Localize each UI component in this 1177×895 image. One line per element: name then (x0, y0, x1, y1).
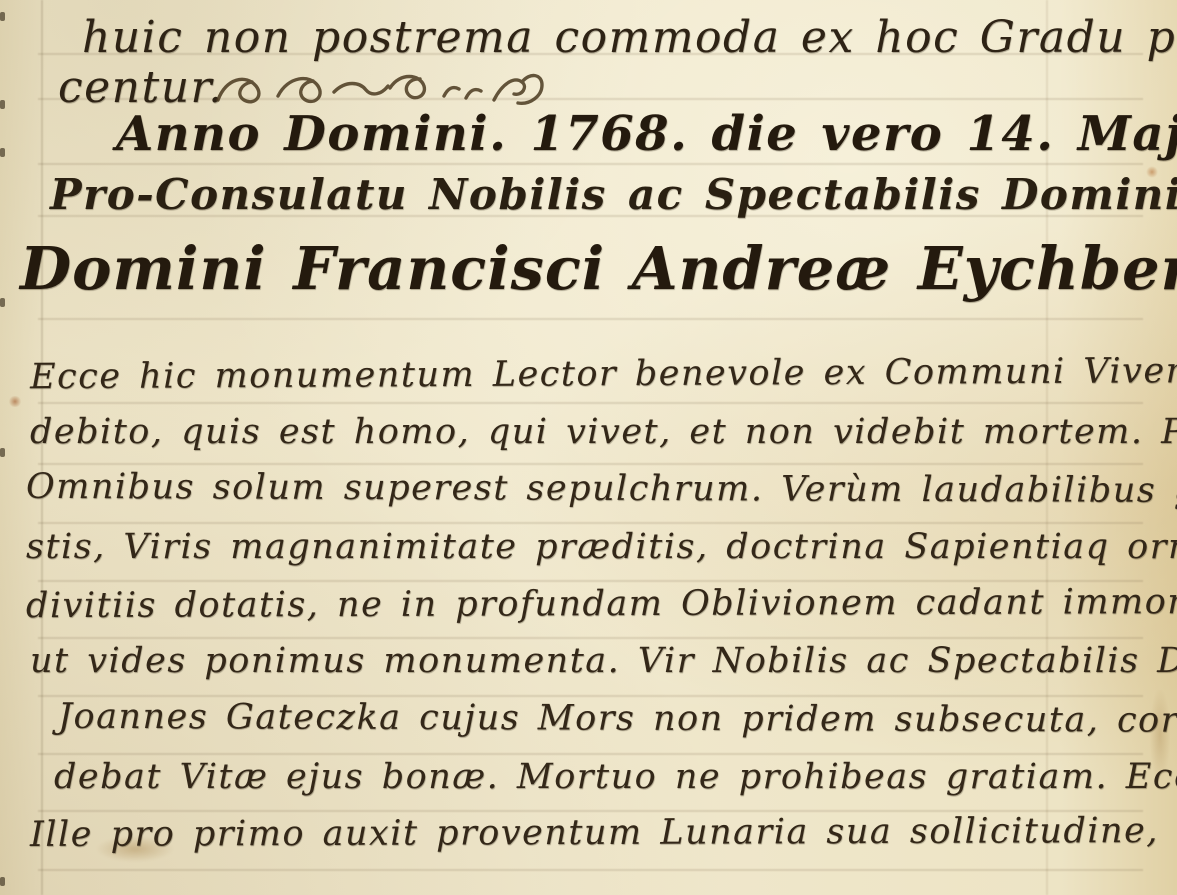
ruling-line (38, 163, 1143, 165)
ruling-line (38, 318, 1143, 320)
manuscript-line-12: Joannes Gateczka cujus Mors non pridem s… (58, 697, 1177, 741)
edge-mark (0, 12, 5, 21)
date-heading-line: Anno Domini. 1768. die vero 14. Maji. (116, 106, 1177, 162)
manuscript-line-13: debat Vitæ ejus bonæ. Mortuo ne prohibea… (54, 757, 1177, 797)
name-heading-line: Domini Francisci Andreæ Eychberger. (20, 234, 1177, 303)
edge-mark (0, 100, 5, 109)
ruling-line (38, 580, 1143, 582)
manuscript-line-11: ut vides ponimus monumenta. Vir Nobilis … (30, 641, 1177, 681)
edge-mark (0, 148, 5, 157)
manuscript-line-14: Ille pro primo auxit proventum Lunaria s… (30, 811, 1159, 855)
ruling-line (38, 522, 1143, 524)
ruling-line (38, 637, 1143, 639)
ruling-line (38, 869, 1143, 871)
ruling-line (38, 463, 1143, 465)
manuscript-line-9: stis, Viris magnanimitate præditis, doct… (26, 527, 1177, 567)
manuscript-line-8: Omnibus solum superest sepulchrum. Verùm… (26, 467, 1177, 511)
manuscript-line-7: debito, quis est homo, qui vivet, et non… (30, 412, 1177, 452)
manuscript-line-10: divitiis dotatis, ne in profundam Oblivi… (26, 582, 1177, 626)
edge-mark (0, 877, 5, 886)
ink-stain (8, 396, 22, 407)
edge-mark (0, 298, 5, 307)
manuscript-page: huic non postrema commoda ex hoc Gradu p… (0, 0, 1177, 895)
edge-mark (0, 448, 5, 457)
manuscript-line-6: Ecce hic monumentum Lector benevole ex C… (30, 351, 1177, 398)
ruling-line (38, 402, 1143, 404)
manuscript-line-1: huic non postrema commoda ex hoc Gradu p… (82, 12, 1177, 63)
manuscript-line-4: Pro-Consulatu Nobilis ac Spectabilis Dom… (50, 170, 1177, 219)
ruling-line (38, 753, 1143, 755)
